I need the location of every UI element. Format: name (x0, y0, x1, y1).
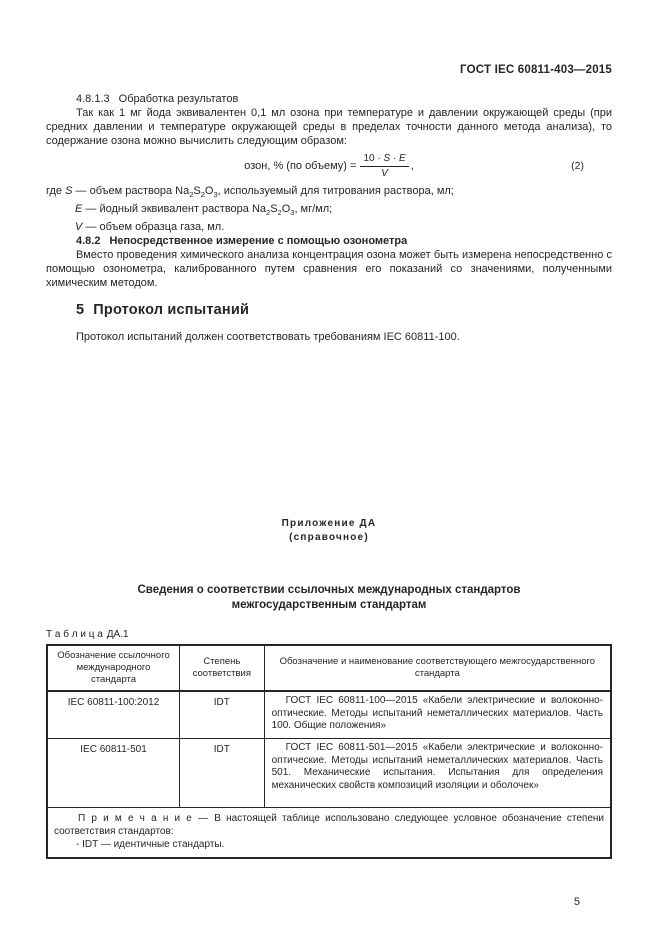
table-note-cell: П р и м е ч а н и е — В настоящей таблиц… (47, 808, 611, 859)
definition-v: V — объем образца газа, мл. (46, 220, 612, 234)
section-number: 5 (76, 302, 84, 318)
clause-number: 4.8.1.3 (76, 93, 110, 105)
definition-dash: — (72, 185, 89, 197)
formula-comma: , (411, 160, 414, 172)
cell-ref-standard: IEC 60811-100:2012 (47, 691, 180, 739)
chem-element: S (270, 203, 277, 215)
definition-text: йодный эквивалент раствора (99, 203, 251, 215)
note-label: П р и м е ч а н и е — (78, 813, 214, 824)
header-ref-standard: Обозначение ссылочного международного ст… (47, 645, 180, 691)
table-row: IEC 60811-501 IDT ГОСТ IEC 60811-501—201… (47, 739, 611, 808)
numerator-constant: 10 (363, 153, 374, 164)
table-label: Т а б л и ц аДА.1 (46, 628, 612, 641)
appendix-title: Сведения о соответствии ссылочных междун… (46, 583, 612, 613)
section-5-paragraph: Протокол испытаний должен соответствоват… (46, 330, 612, 344)
cell-match-standard: ГОСТ IEC 60811-100—2015 «Кабели электрич… (264, 691, 611, 739)
definition-dash: — (82, 221, 99, 233)
variable-v: V (381, 168, 388, 179)
definition-lead: где (46, 185, 65, 197)
cell-degree: IDT (180, 739, 265, 808)
chem-element: Na (252, 203, 266, 215)
clause-4813-heading: 4.8.1.3Обработка результатов (46, 92, 612, 106)
chem-element: Na (175, 185, 189, 197)
cell-ref-standard: IEC 60811-501 (47, 739, 180, 808)
section-title: Протокол испытаний (93, 302, 249, 318)
cell-match-standard: ГОСТ IEC 60811-501—2015 «Кабели электрич… (264, 739, 611, 808)
clause-4813-paragraph: Так как 1 мг йода эквивалентен 0,1 мл оз… (46, 106, 612, 148)
table-header-row: Обозначение ссылочного международного ст… (47, 645, 611, 691)
section-5-heading: 5Протокол испытаний (46, 302, 612, 319)
chemical-formula: Na2S2O3 (175, 185, 217, 197)
clause-number: 4.8.2 (76, 235, 100, 247)
table-note: П р и м е ч а н и е — В настоящей таблиц… (54, 812, 604, 838)
definition-text: , мг/мл; (294, 203, 332, 215)
clause-title: Обработка результатов (119, 93, 239, 105)
appendix-sublabel: (справочное) (46, 531, 612, 545)
formula-lhs: озон, % (по объему) = (244, 160, 356, 172)
appendix-label: Приложение ДА (46, 517, 612, 531)
definition-text: объем образца газа, мл. (99, 221, 224, 233)
fraction-numerator: 10 · S · E (360, 153, 408, 167)
formula-fraction: 10 · S · E V (360, 153, 408, 180)
table-row: IEC 60811-100:2012 IDT ГОСТ IEC 60811-10… (47, 691, 611, 739)
chem-element: O (282, 203, 291, 215)
clause-title: Непосредственное измерение с помощью озо… (109, 235, 407, 247)
table-label-number: ДА.1 (107, 629, 129, 640)
definition-s: где S — объем раствора Na2S2O3, использу… (46, 184, 612, 202)
running-header: ГОСТ IEC 60811-403—2015 (46, 63, 612, 77)
clause-482-paragraph: Вместо проведения химического анализа ко… (46, 248, 612, 290)
variable-e: E (399, 153, 406, 164)
definition-e: E — йодный эквивалент раствора Na2S2O3, … (46, 202, 612, 220)
formula-2: озон, % (по объему) = 10 · S · E V , (2) (46, 150, 612, 182)
page-content: ГОСТ IEC 60811-403—2015 4.8.1.3Обработка… (0, 0, 661, 909)
clause-482-heading: 4.8.2Непосредственное измерение с помощь… (46, 234, 612, 248)
table-note-row: П р и м е ч а н и е — В настоящей таблиц… (47, 808, 611, 859)
table-label-word: Т а б л и ц а (46, 629, 103, 640)
header-degree: Степень соответствия (180, 645, 265, 691)
definition-text: объем раствора (90, 185, 176, 197)
definition-dash: — (82, 203, 99, 215)
document-page: { "page": { "running_header": "ГОСТ IEC … (0, 0, 661, 936)
note-item-idt: - IDT — идентичные стандарты. (54, 838, 604, 851)
header-match-standard: Обозначение и наименование соответствующ… (264, 645, 611, 691)
definition-text: , используемый для титрования раствора, … (218, 185, 454, 197)
cell-degree: IDT (180, 691, 265, 739)
correspondence-table: Обозначение ссылочного международного ст… (46, 644, 612, 859)
appendix-title-line1: Сведения о соответствии ссылочных междун… (46, 583, 612, 598)
chemical-formula: Na2S2O3 (252, 203, 294, 215)
page-number: 5 (46, 895, 612, 909)
chem-element: S (193, 185, 200, 197)
multiply-dot: · (390, 153, 399, 164)
appendix-title-line2: межгосударственным стандартам (46, 598, 612, 613)
equation-number: (2) (571, 160, 584, 172)
fraction-denominator: V (360, 167, 408, 180)
